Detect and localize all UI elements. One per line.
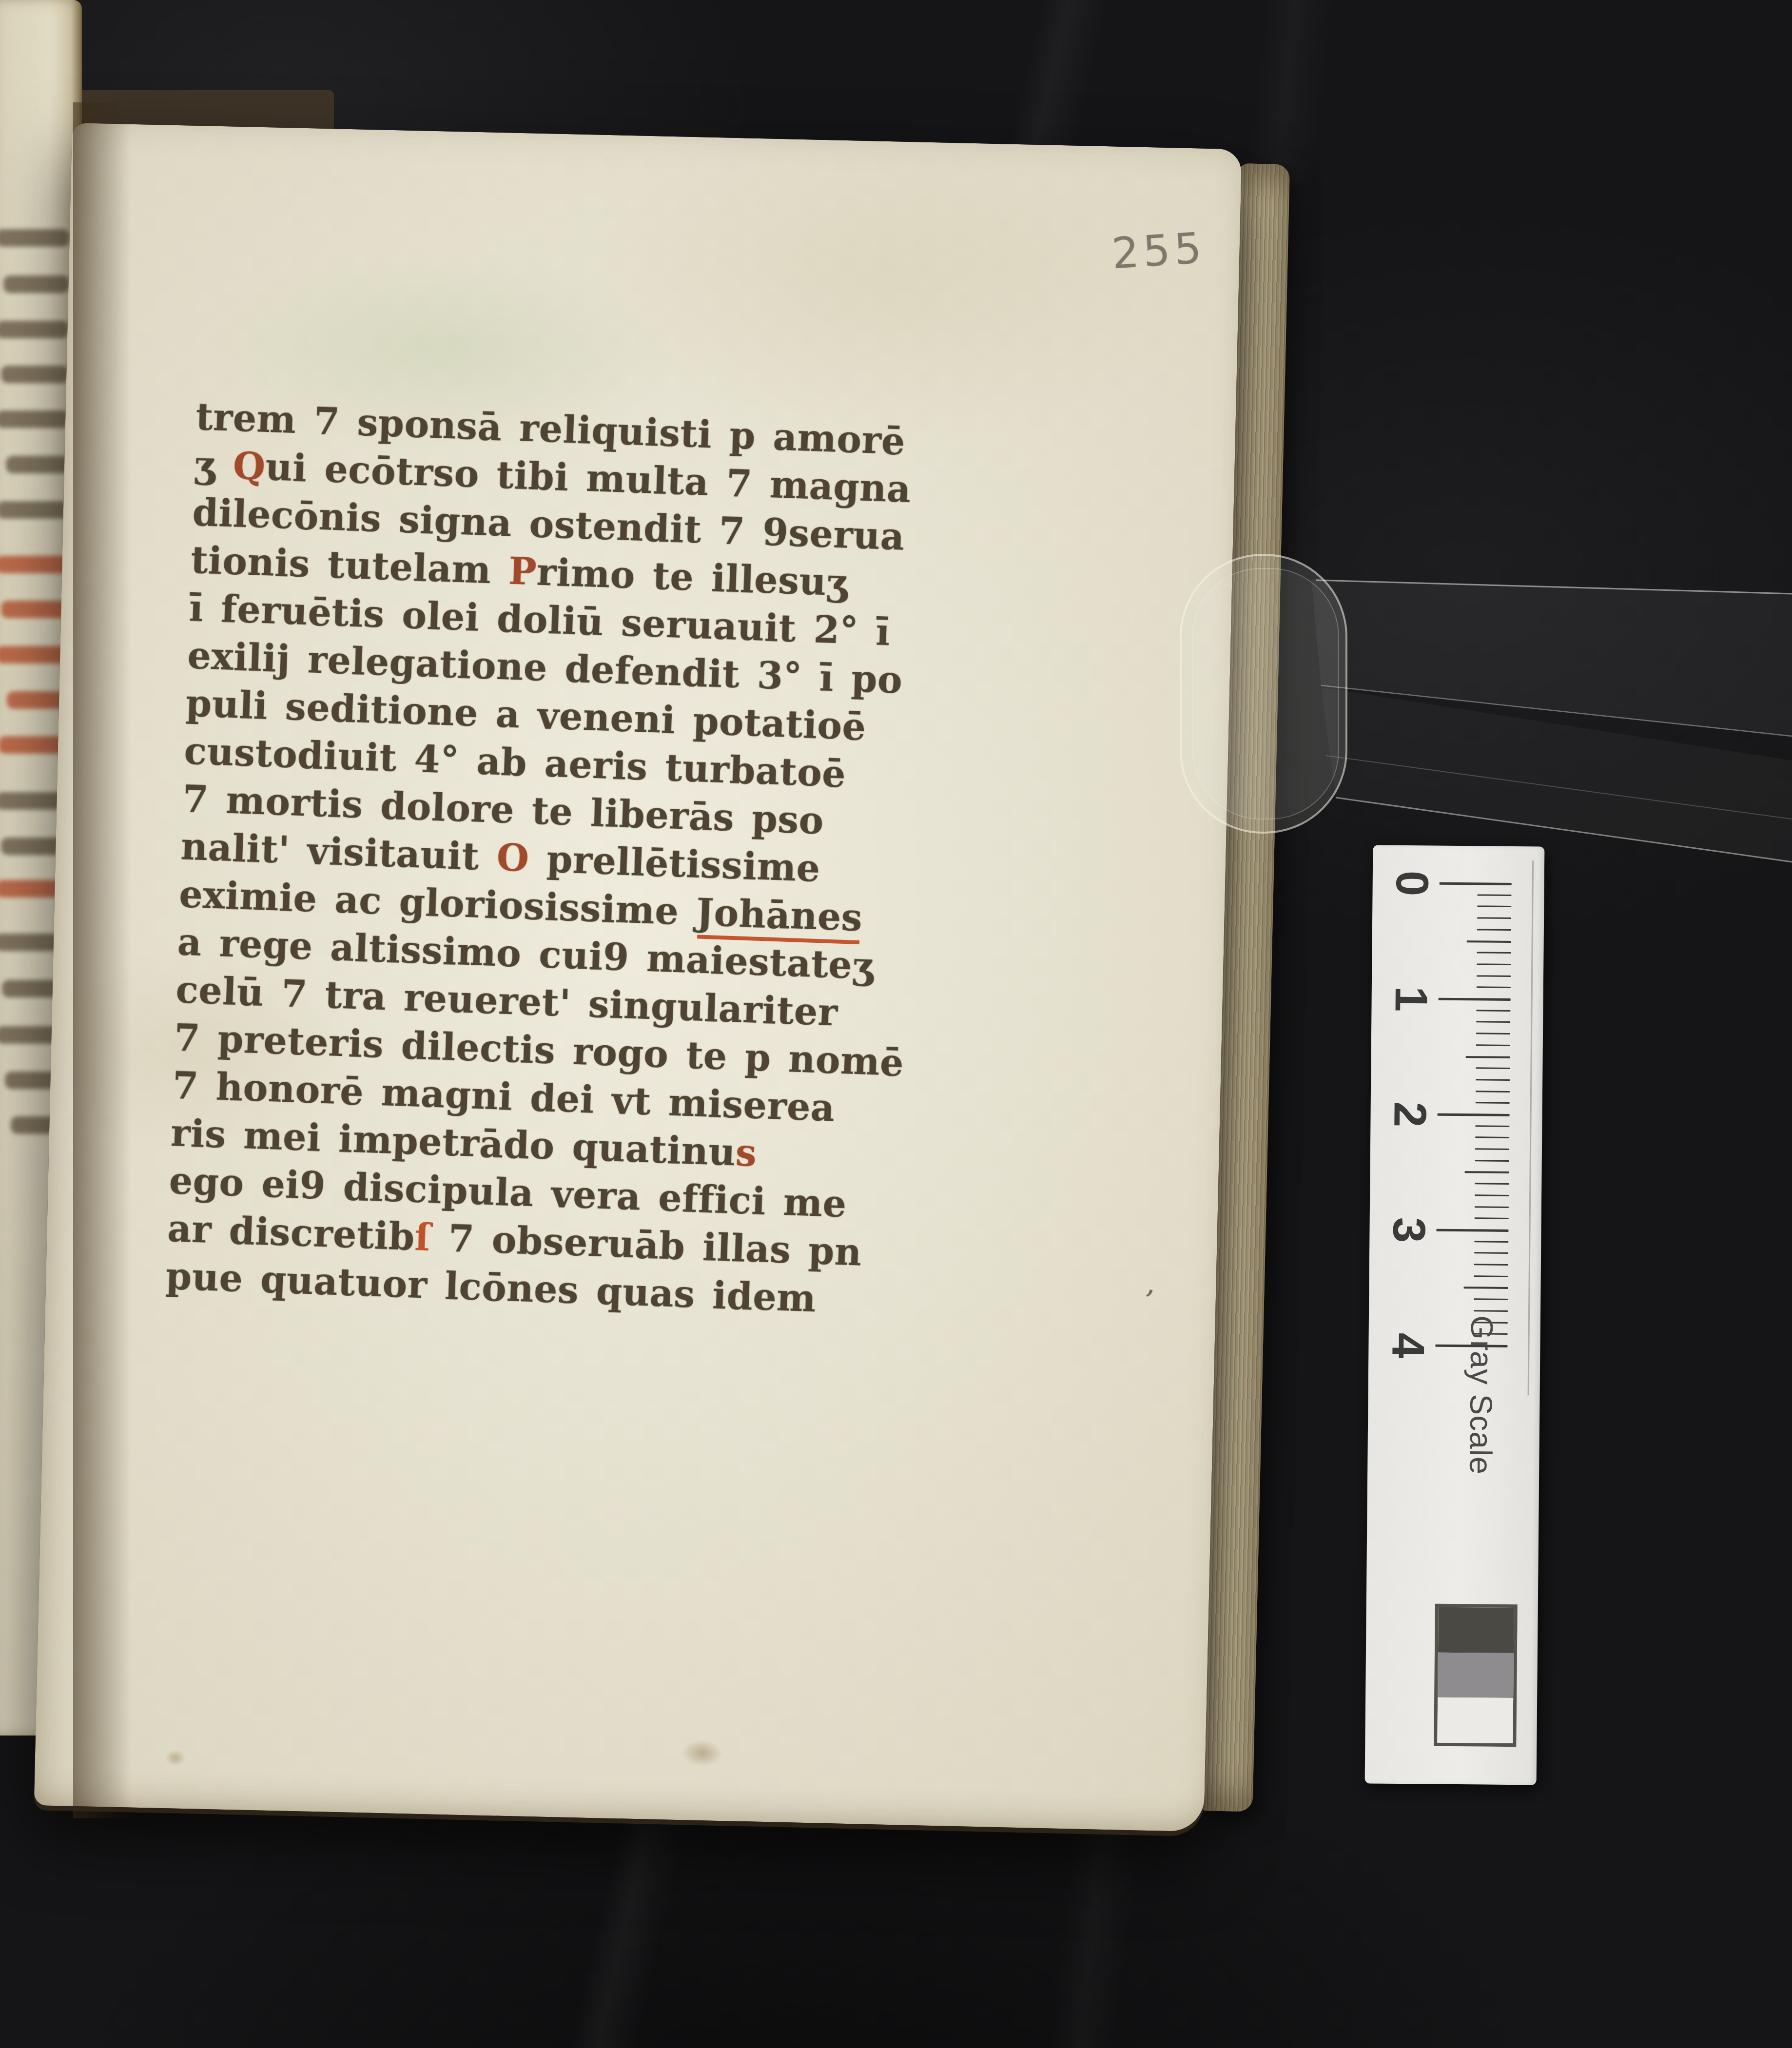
gutter-shadow xyxy=(73,102,132,1818)
ruler-tick-half xyxy=(1466,940,1511,943)
ruler-tick-minor xyxy=(1474,1310,1508,1312)
facing-page-text-fragment xyxy=(1,601,69,618)
ruler-tick-minor xyxy=(1475,1206,1509,1208)
ruler-tick-minor xyxy=(1477,894,1511,896)
ruler-tick-minor xyxy=(1475,1148,1509,1150)
ruler-tick-minor xyxy=(1477,987,1511,989)
ruler-tick-minor xyxy=(1477,963,1511,965)
facing-page-text-fragment xyxy=(1,366,69,383)
ruler-tick-minor xyxy=(1476,1068,1510,1070)
ruler-number-4: 4 xyxy=(1382,1332,1434,1358)
text-segment: ʒ xyxy=(194,443,234,488)
facing-page-text-fragment xyxy=(0,229,69,247)
ruler-tick-minor xyxy=(1474,1218,1508,1220)
ruler-tick-half xyxy=(1463,1287,1508,1289)
ruler-tick-minor xyxy=(1474,1241,1508,1243)
ruler-tick-minor xyxy=(1475,1137,1509,1139)
ruler-tick-minor xyxy=(1476,1033,1510,1034)
facing-page-text-fragment xyxy=(3,275,69,293)
ruler-number-1: 1 xyxy=(1384,986,1437,1012)
ruler-tick-minor xyxy=(1474,1298,1508,1300)
page-number: 255 xyxy=(1110,223,1207,279)
facing-page-text-fragment xyxy=(0,410,69,428)
gray-patch-1 xyxy=(1438,1653,1514,1698)
ruler-tick-minor xyxy=(1477,906,1511,908)
text-segment: nalit' visitauit xyxy=(180,824,497,879)
ruler-tick-major xyxy=(1437,1229,1509,1232)
ruler-tick-major xyxy=(1439,998,1511,1001)
text-segment: Q xyxy=(232,444,266,488)
rubricated-name: Johānes xyxy=(696,890,863,940)
manuscript-text-block: trem 7 sponsā reliquisti p amorēʒ Qui ec… xyxy=(165,393,1035,1329)
gray-scale-patches xyxy=(1434,1604,1517,1747)
ruler-number-3: 3 xyxy=(1383,1217,1435,1243)
ruler-tick-minor xyxy=(1476,1021,1510,1023)
ruler-tick-minor xyxy=(1474,1252,1508,1254)
facing-page-text-fragment xyxy=(0,321,69,338)
manuscript-page: 255 trem 7 sponsā reliquisti p amorēʒ Qu… xyxy=(34,123,1242,1832)
text-segment: rimo te illesuʒ xyxy=(536,550,849,605)
text-segment: prellētissime xyxy=(528,837,821,890)
gray-scale-label: Gray Scale xyxy=(1462,1315,1500,1475)
ruler-tick-minor xyxy=(1475,1160,1509,1162)
text-segment: P xyxy=(508,549,538,594)
ruler-tick-minor xyxy=(1476,1091,1510,1092)
ruler-tick-minor xyxy=(1476,1079,1510,1081)
ruler-card-edge-line xyxy=(1528,860,1534,1395)
text-segment: O xyxy=(496,836,530,880)
facing-page-text-fragment xyxy=(0,501,69,519)
facing-page-text-fragment xyxy=(0,556,69,573)
facing-page-text-fragment xyxy=(0,646,69,663)
ruler-tick-major xyxy=(1440,882,1512,885)
ruler-card: 01234 Gray Scale xyxy=(1365,845,1545,1785)
ruler-tick-major xyxy=(1438,1113,1510,1116)
ruler-tick-minor xyxy=(1475,1125,1509,1127)
gray-patch-0 xyxy=(1438,1607,1514,1653)
text-segment: tionis tutelam xyxy=(190,538,509,593)
text-segment: s xyxy=(735,1131,758,1175)
ruler-number-2: 2 xyxy=(1383,1101,1436,1127)
ruler-tick-minor xyxy=(1477,929,1511,931)
ruler-number-0: 0 xyxy=(1385,871,1438,897)
text-segment: ar discretib xyxy=(167,1207,415,1259)
ruler-tick-minor xyxy=(1474,1275,1508,1277)
ruler-tick-minor xyxy=(1475,1183,1509,1185)
ruler-tick-minor xyxy=(1475,1194,1509,1196)
ruler-tick-minor xyxy=(1477,975,1511,977)
ruler-tick-minor xyxy=(1476,1044,1510,1046)
facing-page-text-fragment xyxy=(6,456,69,473)
ruler-tick-minor xyxy=(1477,952,1511,954)
ruler-tick-minor xyxy=(1476,1102,1510,1104)
gray-patch-2 xyxy=(1437,1697,1513,1743)
ruler-tick-half xyxy=(1464,1171,1509,1174)
ruler-tick-minor xyxy=(1474,1264,1508,1266)
ruler-tick-half xyxy=(1465,1056,1510,1058)
ruler-tick-minor xyxy=(1476,1010,1510,1012)
photo-backdrop: 255 trem 7 sponsā reliquisti p amorēʒ Qu… xyxy=(0,0,1792,2048)
ruler-tick-minor xyxy=(1477,917,1511,919)
text-segment: ſ xyxy=(414,1215,431,1259)
pencil-margin-mark: ’ xyxy=(1138,1283,1156,1320)
